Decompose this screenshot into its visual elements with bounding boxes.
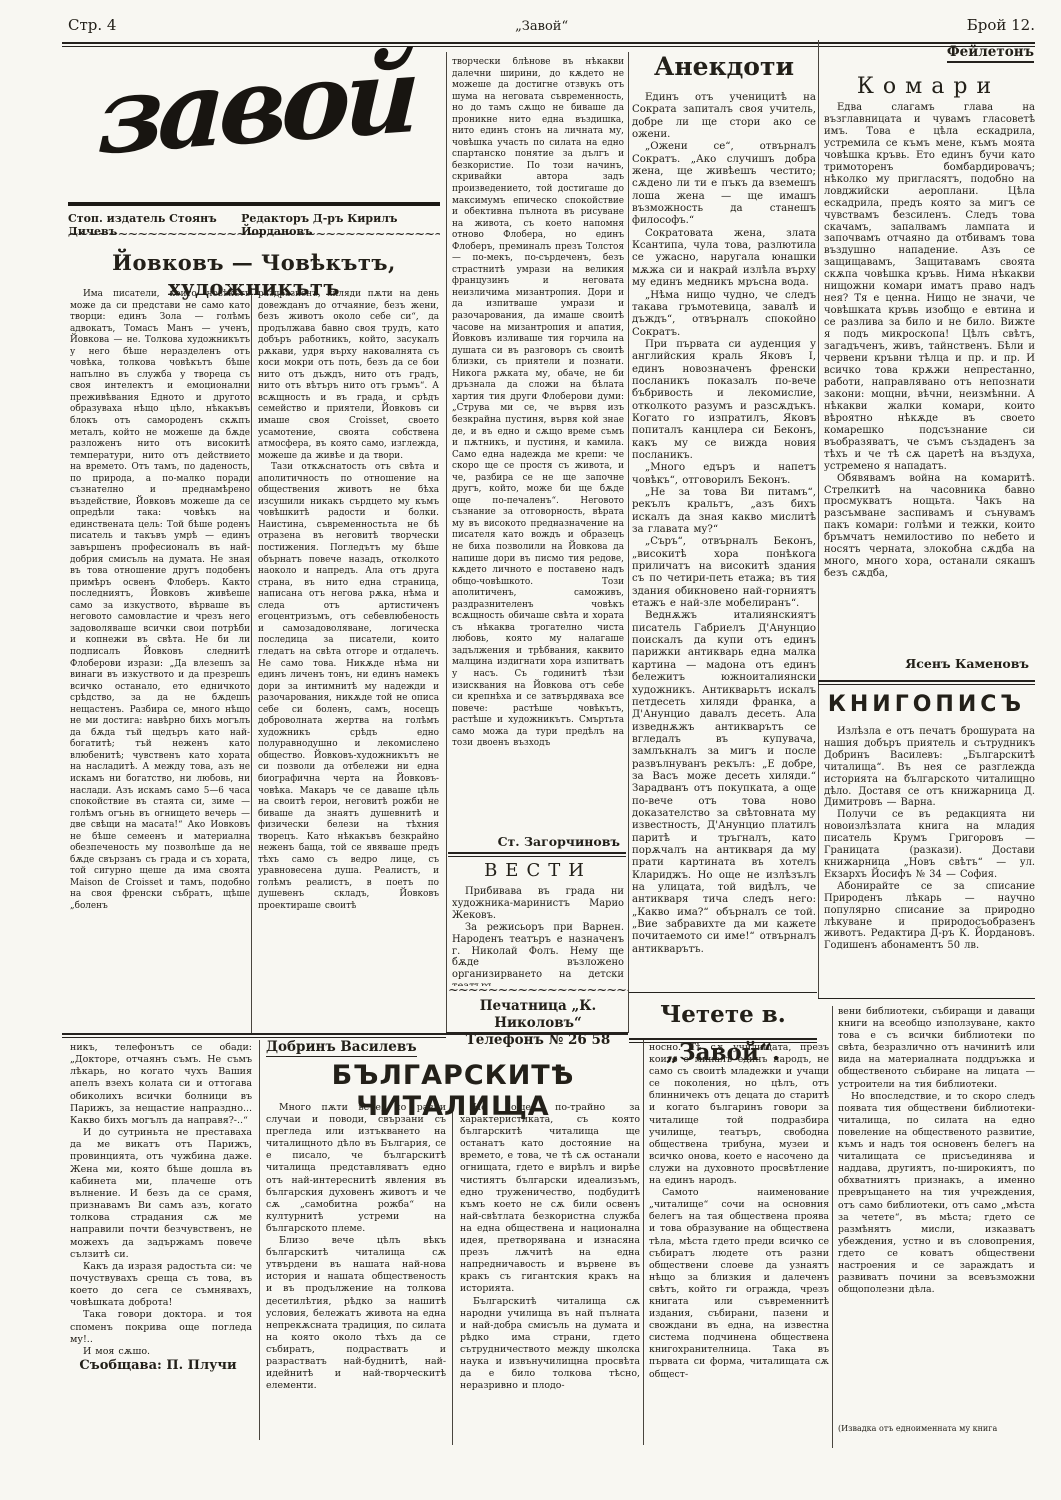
column-rule [452,1100,453,1445]
doctor-story-column: никъ, телефонътъ се обади: „Докторе, отч… [70,1042,252,1354]
vesti-items: Прибивава въ града ни художника-маринист… [452,886,624,986]
paragraph: Прибивава въ града ни художника-маринист… [452,886,624,922]
wavy-rule [448,986,628,996]
doctor-story-signature: Съобщава: П. Плучи [70,1358,246,1373]
section-rule [448,852,626,857]
paragraph: Българскитѣ читалища сѫ народни училища … [460,1296,640,1393]
imprint-printer: Печатница „К. Николовъ“ [448,998,628,1032]
chitalishta-column-2: Но още по-трайно за характеристиката, съ… [460,1102,640,1447]
paragraph: Излѣзла е отъ печатъ брошурата на нашия … [824,726,1035,809]
paragraph: Сократовата жена, злата Ксантипа, чула т… [632,228,816,290]
masthead-logo: завой [75,41,438,171]
paragraph: „Много едъръ и напетъ човѣкъ“, отговорил… [632,462,816,487]
paragraph: Но впоследствие, и то скоро следъ появат… [838,1091,1035,1297]
paragraph: Получи се въ редакцията ни новоизлѣзлата… [824,809,1035,880]
column-rule [832,1006,833,1448]
section-rule [818,680,1035,685]
wavy-rule [68,230,440,240]
column-rule [818,40,819,998]
paragraph: Единъ отъ ученицитѣ на Сократа запиталъ … [632,92,816,141]
anekdoti-column: Единъ отъ ученицитѣ на Сократа запиталъ … [632,92,816,990]
paragraph: Веднѫжъ италиянскиятъ писатель Габриелъ … [632,610,816,956]
yovkov-signature: Ст. Загорчиновъ [452,834,620,849]
paragraph: Абонирайте се за списание Природенъ лѣка… [824,881,1035,952]
yovkov-column-1: Има писатели, които човѣкътъ може да си … [70,289,250,1033]
feuilleton-label-text: Фейлетонъ [947,44,1034,63]
paragraph: Но още по-трайно за характеристиката, съ… [460,1102,640,1296]
paragraph: вени библиотеки, събиращи и даващи книги… [838,1006,1035,1091]
yovkov-column-2: раздразненъ, хиляди пѫти на день довежда… [258,289,439,1033]
paragraph: „Ожени се“, отвърналъ Сократъ. „Ако случ… [632,141,816,227]
column-rule [628,52,629,1033]
chitalishta-byline: Добринъ Василевъ [266,1039,640,1055]
paragraph: никъ, телефонътъ се обади: „Докторе, отч… [70,1042,252,1127]
section-rule [446,1032,628,1035]
feuilleton-label: Фейлетонъ [822,44,1034,60]
paragraph: творчески блѣнове въ нѣкакви далечни шир… [452,57,624,750]
paragraph: Близо вече цѣлъ вѣкъ българскитѣ читалищ… [266,1235,446,1392]
knigopis-title: КНИГОПИСЪ [818,692,1035,717]
page-header: Стр. 4 „Завой“ Брой 12. [68,16,1035,34]
paragraph: Какъ да изразя радостьта си: че почуству… [70,1261,252,1310]
column-rule [251,288,252,1033]
paragraph: „Нѣма нищо чудно, че следъ такава гръмот… [632,290,816,339]
masthead-rule [68,202,440,206]
paragraph: Така говори доктора. и тоя споменъ покри… [70,1309,252,1345]
paragraph: носно. Тѣ сѫ училищата, презъ които е ми… [649,1042,829,1187]
chitalishta-column-3: носно. Тѣ сѫ училищата, презъ които е ми… [649,1042,829,1447]
paragraph: „Не за това Ви питамъ“, рекълъ кральтъ, … [632,487,816,536]
column-rule [643,1040,644,1445]
paragraph: Има писатели, които човѣкътъ може да си … [70,289,250,913]
anekdoti-title: Анекдоти [632,52,816,81]
paragraph: Обявявамъ война на комаритѣ. Стрелкитѣ н… [824,473,1035,581]
paragraph: Самото наименование „читалище“ сочи на о… [649,1187,829,1381]
feuilleton-column: Едва слагамъ глава на възглавницата и чу… [824,102,1035,654]
paragraph: раздразненъ, хиляди пѫти на день довежда… [258,289,439,462]
issue-number: Брой 12. [967,16,1035,34]
paragraph: При първата си ауденция у английския кра… [632,339,816,462]
paragraph: Едва слагамъ глава на възглавницата и чу… [824,102,1035,473]
section-rule [818,998,1035,999]
paragraph: Тази откѫснатость отъ свѣта и аполитично… [258,462,439,912]
feuilleton-title: Комари [822,74,1035,99]
chitalishta-column-1: Много пѫти вече, по разни случаи и повод… [266,1102,446,1447]
chitalishta-note: (Извадка отъ едноименната му книга [838,1424,1035,1438]
newspaper-name: „Завой“ [515,19,568,34]
page-number: Стр. 4 [68,16,116,34]
column-rule [259,1040,260,1440]
feuilleton-signature: Ясенъ Каменовъ [824,656,1029,671]
paragraph: „Съръ“, отвърналъ Беконъ, „високитѣ хора… [632,536,816,610]
section-rule [62,1033,446,1038]
chitalishta-byline-text: Добринъ Василевъ [266,1039,417,1057]
chitalishta-column-4: вени библиотеки, събиращи и даващи книги… [838,1006,1035,1420]
newspaper-page: Стр. 4 „Завой“ Брой 12. завой Стоп. изда… [0,0,1061,1500]
vesti-title: ВЕСТИ [452,860,624,881]
note-text: (Извадка отъ едноименната му книга [838,1424,1035,1434]
column-rule [446,52,447,1033]
section-rule [629,992,817,993]
knigopis-column: Излѣзла е отъ печатъ брошурата на нашия … [824,726,1035,994]
masthead: завой Стоп. издатель Стоянъ Дичевъ Редак… [68,52,440,248]
paragraph: За режисьоръ при Варнен. Народенъ театър… [452,922,624,986]
paragraph: Много пѫти вече, по разни случаи и повод… [266,1102,446,1235]
paragraph: И моя сѫщо. [70,1346,252,1354]
yovkov-column-3: творчески блѣнове въ нѣкакви далечни шир… [452,57,624,835]
paragraph: И до сутриньта не преставаха да ме викат… [70,1127,252,1261]
